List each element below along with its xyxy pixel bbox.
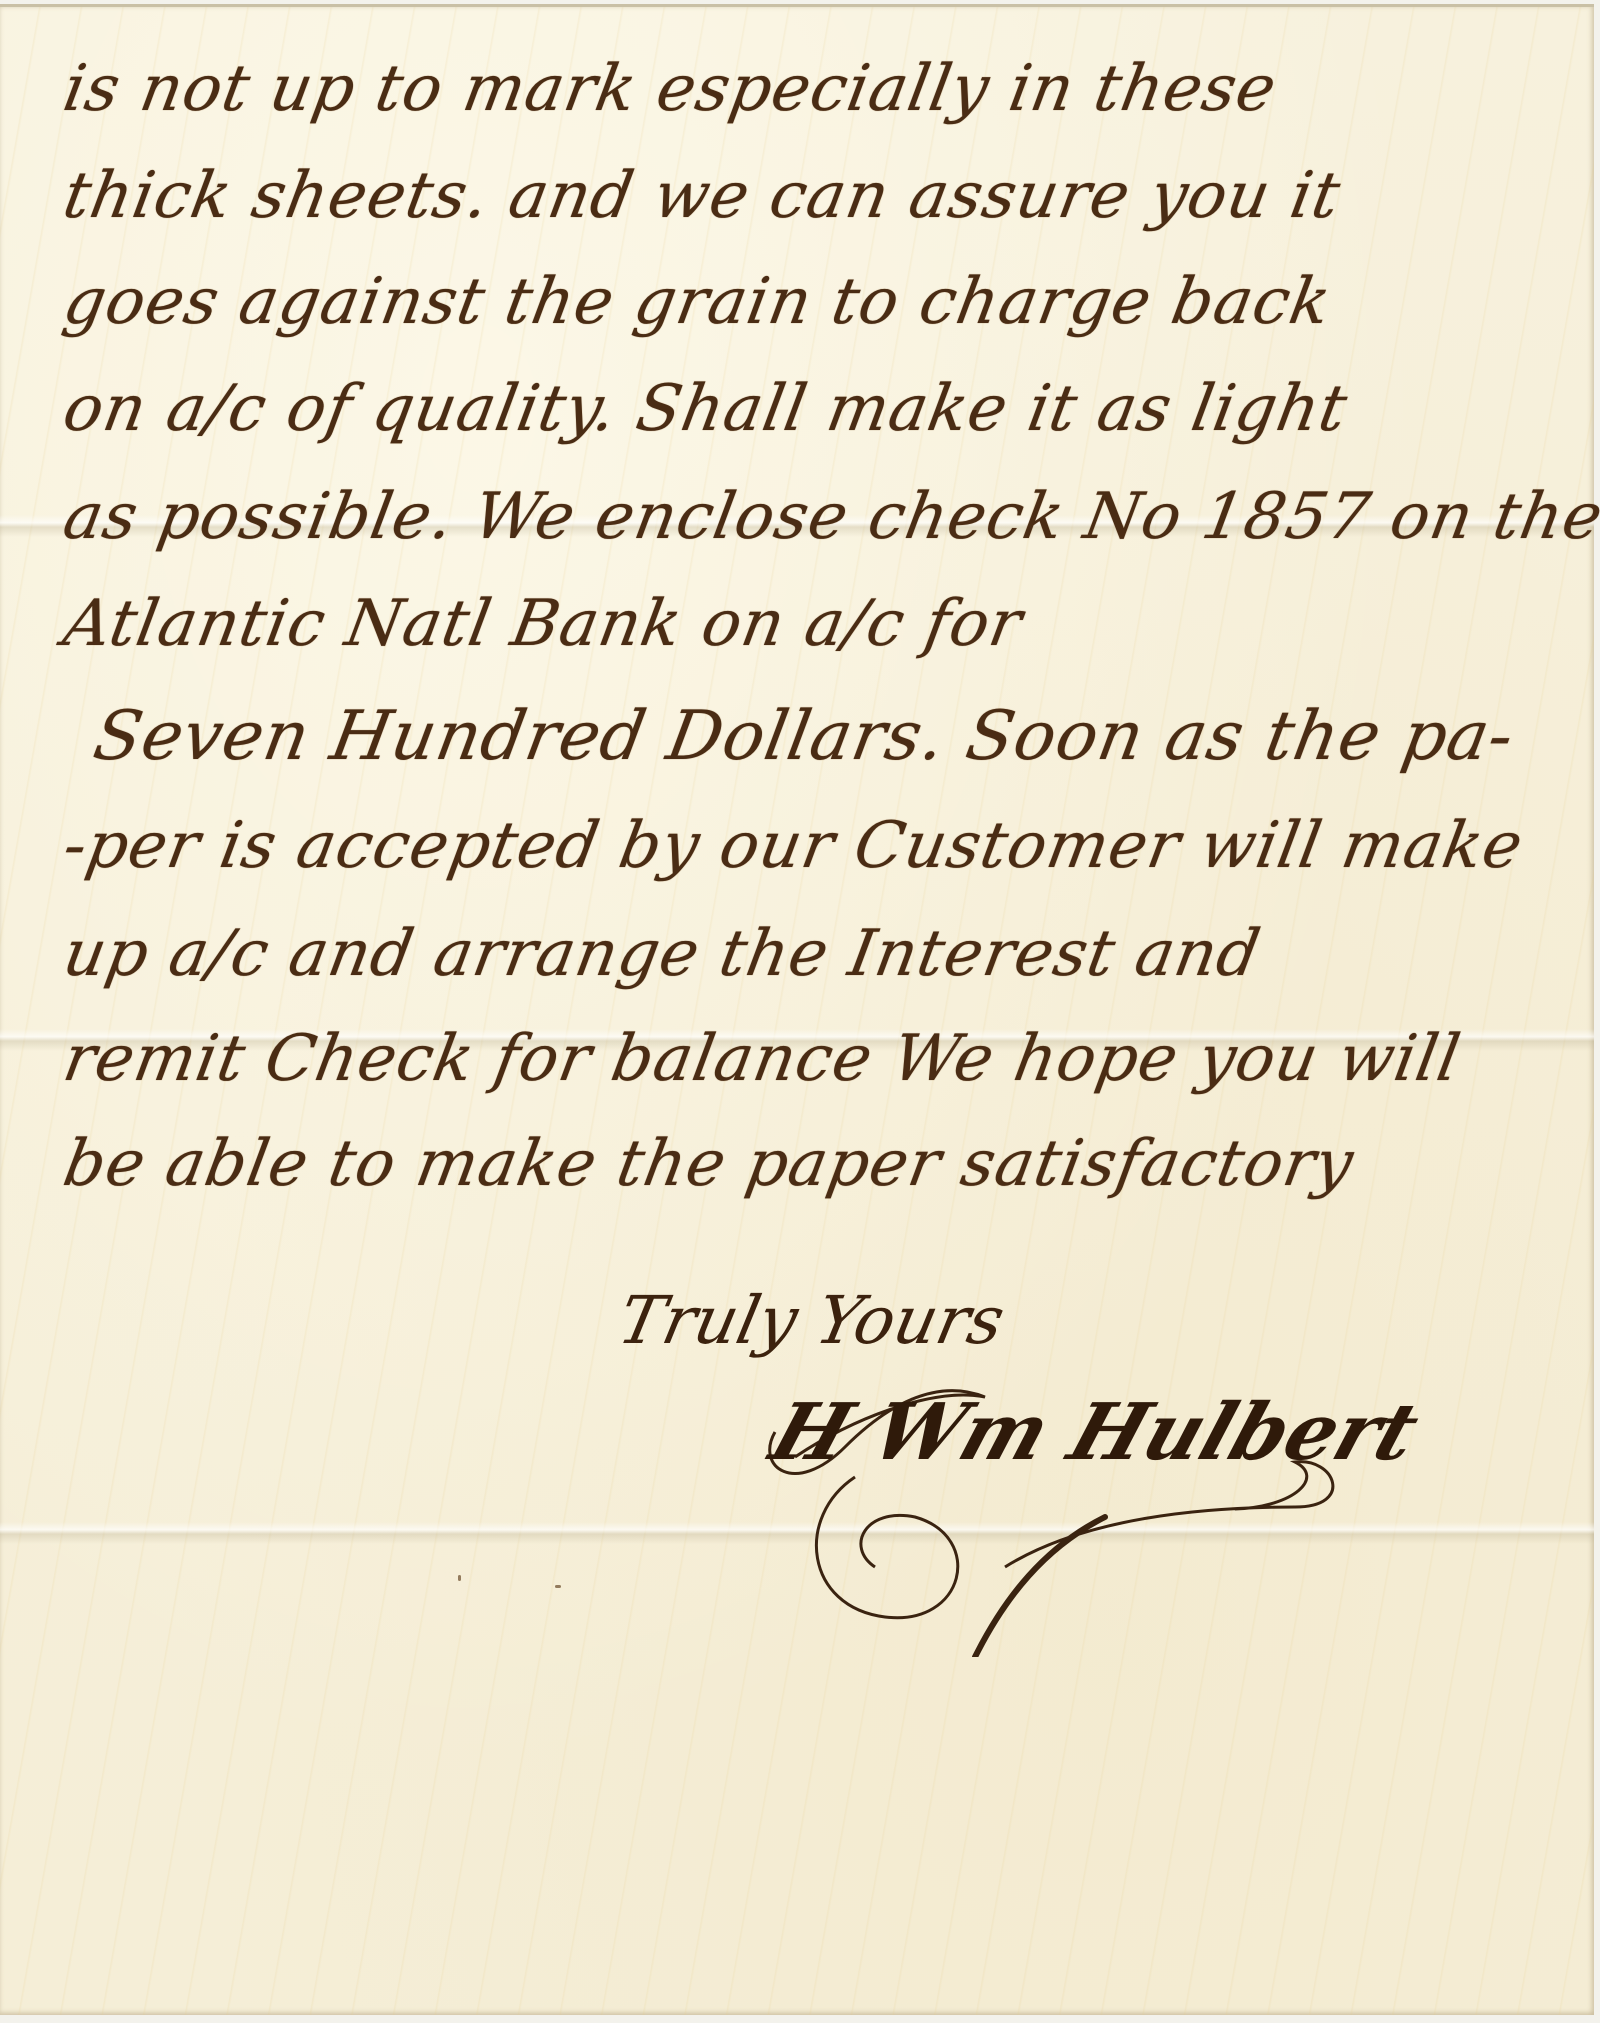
letter-line-7: Seven Hundred Dollars. Soon as the pa- — [88, 697, 1520, 776]
ink-speck — [555, 1585, 561, 1588]
letter-line-10: remit Check for balance We hope you will — [58, 1022, 1466, 1096]
scan-background: is not up to mark especially in these th… — [0, 0, 1600, 2023]
letter-line-8: -per is accepted by our Customer will ma… — [58, 809, 1529, 883]
letter-paper: is not up to mark especially in these th… — [0, 4, 1594, 2015]
letter-line-11: be able to make the paper satisfactory — [58, 1127, 1359, 1201]
letter-line-2: thick sheets. and we can assure you it — [58, 159, 1346, 233]
letter-line-9: up a/c and arrange the Interest and — [58, 917, 1266, 991]
signature-name: H Wm Hulbert — [760, 1387, 1429, 1478]
letter-line-6: Atlantic Natl Bank on a/c for — [58, 587, 1028, 661]
signature: H Wm Hulbert — [735, 1357, 1395, 1657]
letter-line-4: on a/c of quality. Shall make it as ligh… — [58, 372, 1353, 446]
letter-line-1: is not up to mark especially in these — [58, 52, 1282, 126]
ink-speck — [458, 1575, 461, 1581]
letter-line-5: as possible. We enclose check No 1857 on… — [58, 480, 1600, 554]
letter-line-3: goes against the grain to charge back — [58, 265, 1337, 339]
letter-closing: Truly Yours — [612, 1282, 1011, 1359]
